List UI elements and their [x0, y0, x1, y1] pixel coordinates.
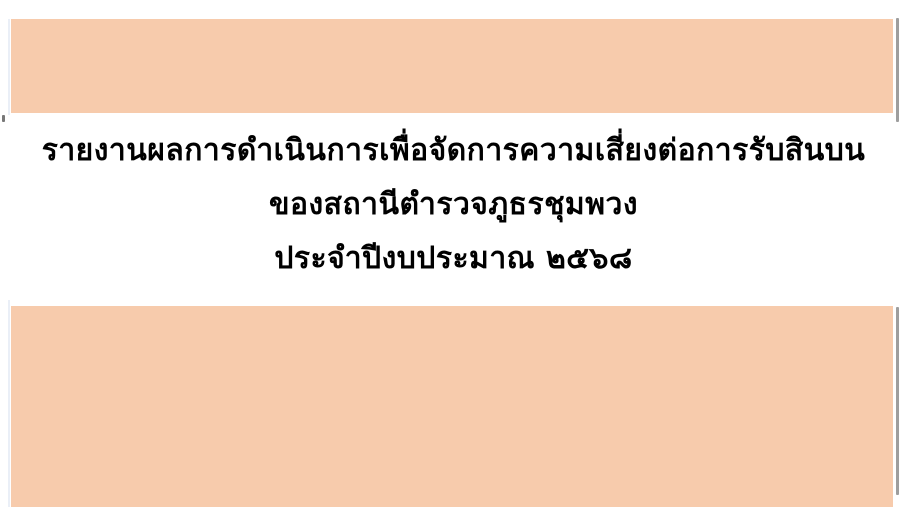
top-image-placeholder: [11, 19, 893, 113]
top-block-right-edge-line: [896, 18, 899, 122]
bottom-block-right-edge-line: [896, 307, 899, 495]
document-page: รายงานผลการดำเนินการเพื่อจัดการความเสี่ย…: [0, 0, 907, 509]
bottom-block-left-faint-line: [8, 300, 10, 507]
document-title-line-2: ของสถานีตำรวจภูธรชุมพวง: [0, 178, 907, 232]
document-title: รายงานผลการดำเนินการเพื่อจัดการความเสี่ย…: [0, 124, 907, 286]
document-title-line-1: รายงานผลการดำเนินการเพื่อจัดการความเสี่ย…: [0, 124, 907, 178]
stray-artifact-mark: [2, 115, 5, 122]
document-title-line-3: ประจำปีงบประมาณ ๒๕๖๘: [0, 232, 907, 286]
top-block-left-faint-line: [8, 19, 10, 115]
bottom-image-placeholder: [11, 306, 893, 507]
